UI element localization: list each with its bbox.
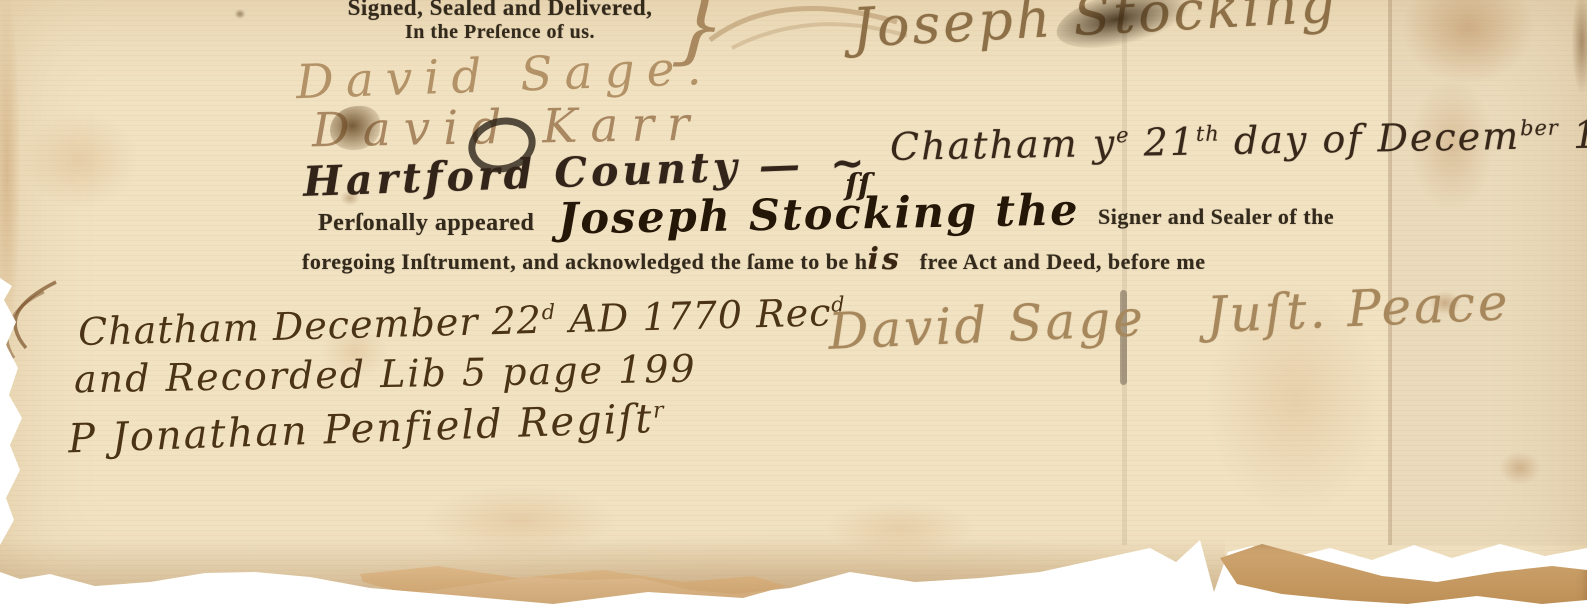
his-insert: is [868, 242, 902, 277]
dateline-part-2: 21 [1129, 120, 1196, 165]
dateline-sup-ber: ber [1520, 116, 1559, 141]
fold-shade-region [1390, 0, 1587, 545]
justice-name: David Sage [827, 289, 1147, 361]
acknowledgment-line: foregoing Inſtrument, and acknowledged t… [302, 242, 1205, 277]
paper-sheet: Signed, Sealed and Delivered, In the Pre… [0, 0, 1587, 607]
ink-flourish-left [0, 278, 66, 362]
dateline-part-3: day of Decem [1219, 114, 1520, 163]
ink-blob [330, 106, 380, 150]
attestation-block: Signed, Sealed and Delivered, In the Pre… [290, 0, 710, 44]
record-line-3: P Jonathan Penfield Regiſtr [67, 396, 665, 463]
acknowledgment-prefix: foregoing Inſtrument, and acknowledged t… [302, 249, 868, 274]
acknowledgment-suffix: free Act and Deed, before me [920, 249, 1206, 274]
dateline-part-1: Chatham y [890, 121, 1117, 169]
attestation-line-2: In the Preſence of us. [290, 21, 710, 44]
signer-sealer-label: Signer and Sealer of the [1098, 204, 1334, 230]
dateline-sup-e: e [1116, 123, 1130, 147]
record-line-1-sup-d: d [541, 300, 556, 324]
record-line-2: and Recorded Lib 5 page 199 [74, 347, 697, 402]
record-line-1: Chatham December 22d AD 1770 Recd [78, 290, 847, 354]
record-line-1-part-1: Chatham December 22 [78, 298, 543, 354]
record-line-3-sup-r: r [653, 398, 665, 423]
record-line-3-part-1: P Jonathan Penfield Regiſt [67, 396, 654, 462]
record-line-1-part-2: AD 1770 Rec [556, 290, 832, 341]
attestation-line-1: Signed, Sealed and Delivered, [290, 0, 710, 21]
dateline-part-4: 1770 [1559, 111, 1587, 157]
dateline-sup-th: th [1196, 121, 1220, 145]
appeared-name: Joseph Stocking the [558, 185, 1080, 244]
personally-appeared-label: Perſonally appeared [318, 210, 534, 237]
